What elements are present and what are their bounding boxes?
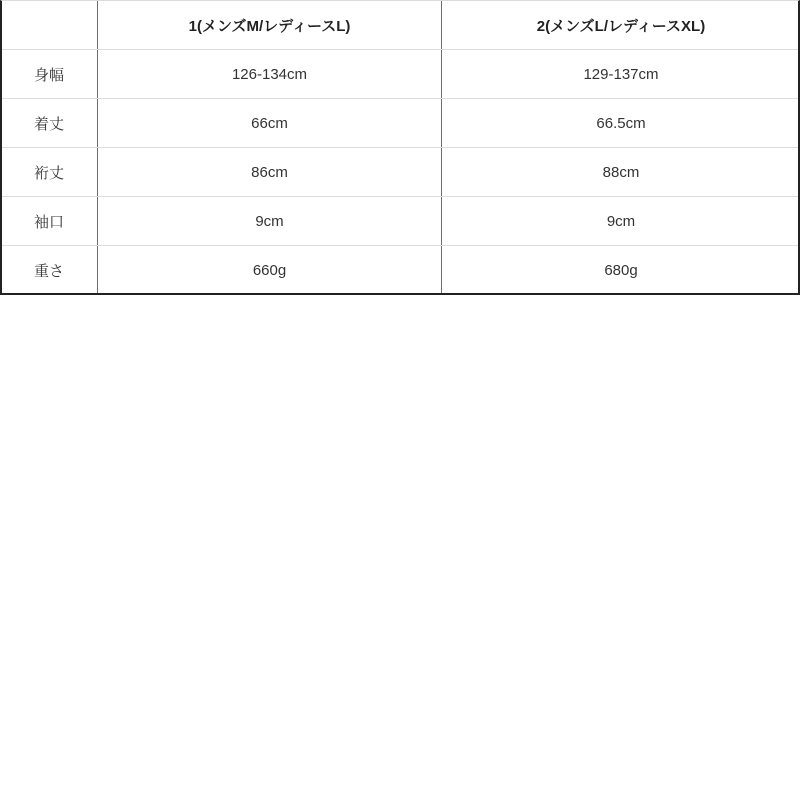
cell-value: 680g [442,246,800,295]
cell-value: 88cm [442,148,800,197]
cell-value: 126-134cm [98,50,442,99]
table-row: 裄丈 86cm 88cm [1,148,800,197]
cell-value: 660g [98,246,442,295]
row-label-weight: 重さ [1,246,98,295]
cell-value: 86cm [98,148,442,197]
cell-value: 66.5cm [442,99,800,148]
cell-value: 129-137cm [442,50,800,99]
table-row: 袖口 9cm 9cm [1,197,800,246]
row-label-length: 着丈 [1,99,98,148]
header-row: 1(メンズM/レディースL) 2(メンズL/レディースXL) [1,1,800,50]
table-row: 重さ 660g 680g [1,246,800,295]
table-row: 着丈 66cm 66.5cm [1,99,800,148]
size-chart-table: 1(メンズM/レディースL) 2(メンズL/レディースXL) 身幅 126-13… [0,0,800,295]
header-size-2: 2(メンズL/レディースXL) [442,1,800,50]
table-row: 身幅 126-134cm 129-137cm [1,50,800,99]
cell-value: 9cm [442,197,800,246]
cell-value: 66cm [98,99,442,148]
cell-value: 9cm [98,197,442,246]
row-label-sleeve-length: 裄丈 [1,148,98,197]
row-label-body-width: 身幅 [1,50,98,99]
header-corner-cell [1,1,98,50]
header-size-1: 1(メンズM/レディースL) [98,1,442,50]
row-label-cuff: 袖口 [1,197,98,246]
